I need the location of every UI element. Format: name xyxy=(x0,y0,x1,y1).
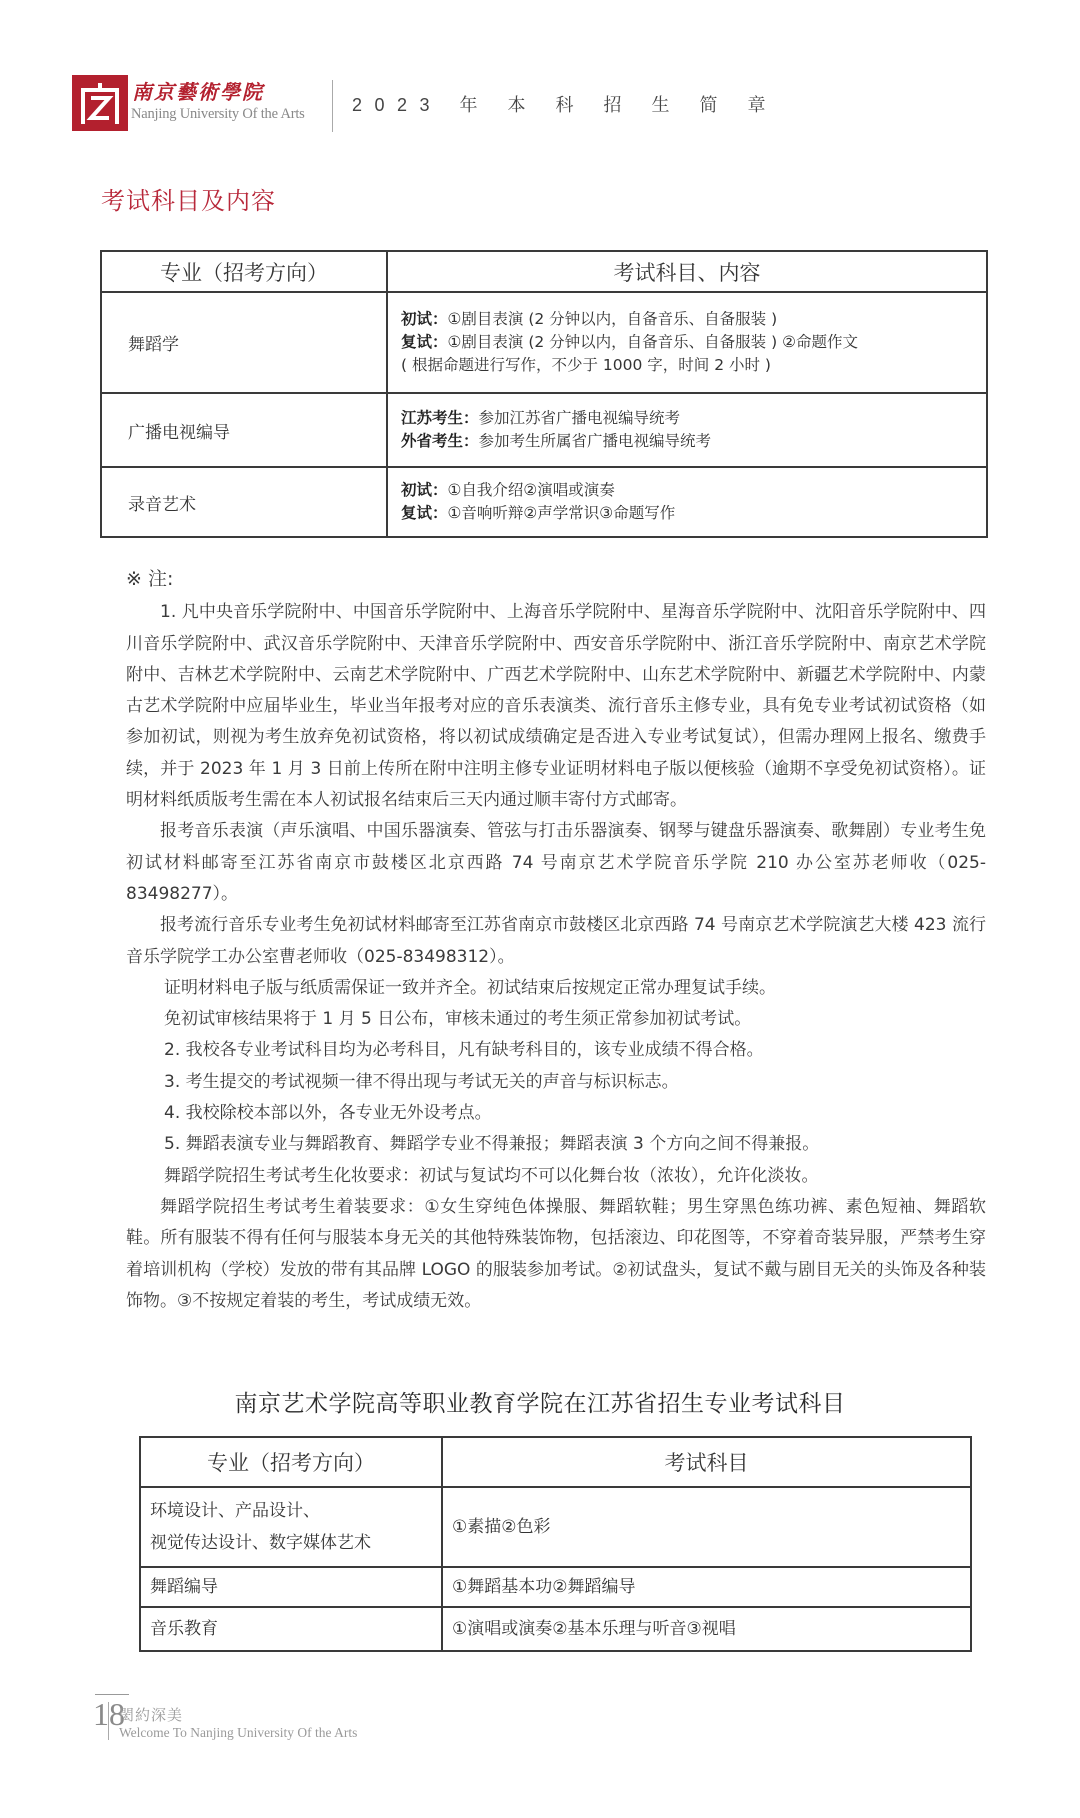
content-text: ①音响听辩②声学常识③命题写作 xyxy=(448,504,676,522)
table-row: 广播电视编导 江苏考生：参加江苏省广播电视编导统考 外省考生：参加考生所属省广播… xyxy=(101,393,987,467)
content-text: ( 根据命题进行写作，不少于 1000 字，时间 2 小时 ) xyxy=(401,356,771,374)
note-paragraph: 1. 凡中央音乐学院附中、中国音乐学院附中、上海音乐学院附中、星海音乐学院附中、… xyxy=(126,597,986,816)
table-row: 舞蹈编导 ①舞蹈基本功②舞蹈编导 xyxy=(140,1567,971,1607)
major-cell: 舞蹈编导 xyxy=(140,1567,442,1607)
content-text: 参加考生所属省广播电视编导统考 xyxy=(479,432,712,450)
logo-english-name: Nanjing University Of the Arts xyxy=(131,106,305,123)
content-cell: 初试：①剧目表演 (2 分钟以内，自备音乐、自备服装 ) 复试：①剧目表演 (2… xyxy=(387,292,987,393)
content-cell: 初试：①自我介绍②演唱或演奏 复试：①音响听辩②声学常识③命题写作 xyxy=(387,467,987,537)
content-line: 复试：①音响听辩②声学常识③命题写作 xyxy=(401,502,986,525)
footer-slogan-chinese: 閎約深美 xyxy=(119,1704,183,1725)
note-paragraph: 4. 我校除校本部以外，各专业无外设考点。 xyxy=(126,1098,986,1129)
notes-heading: ※ 注: xyxy=(126,564,986,595)
note-paragraph: 3. 考生提交的考试视频一律不得出现与考试无关的声音与标识标志。 xyxy=(126,1067,986,1098)
content-text: ①剧目表演 (2 分钟以内，自备音乐、自备服装 ) xyxy=(448,310,778,328)
table-row: 舞蹈学 初试：①剧目表演 (2 分钟以内，自备音乐、自备服装 ) 复试：①剧目表… xyxy=(101,292,987,393)
section-title: 考试科目及内容 xyxy=(101,181,276,216)
subjects-cell: ①演唱或演奏②基本乐理与听音③视唱 xyxy=(442,1607,971,1651)
major-cell: 音乐教育 xyxy=(140,1607,442,1651)
note-paragraph: 报考音乐表演（声乐演唱、中国乐器演奏、管弦与打击乐器演奏、钢琴与键盘乐器演奏、歌… xyxy=(126,816,986,910)
content-line: 江苏考生：参加江苏省广播电视编导统考 xyxy=(401,407,986,430)
content-text: ①剧目表演 (2 分钟以内，自备音乐、自备服装 ) ②命题作文 xyxy=(448,333,858,351)
table-row: 环境设计、产品设计、 视觉传达设计、数字媒体艺术 ①素描②色彩 xyxy=(140,1487,971,1567)
note-paragraph: 2. 我校各专业考试科目均为必考科目，凡有缺考科目的，该专业成绩不得合格。 xyxy=(126,1035,986,1066)
content-label: 外省考生： xyxy=(401,432,479,450)
major-cell: 环境设计、产品设计、 视觉传达设计、数字媒体艺术 xyxy=(140,1487,442,1567)
header-divider xyxy=(332,80,333,132)
vocational-table-title: 南京艺术学院高等职业教育学院在江苏省招生专业考试科目 xyxy=(0,1385,1080,1418)
content-label: 江苏考生： xyxy=(401,409,479,427)
footer-rule xyxy=(95,1694,129,1695)
note-paragraph: 舞蹈学院招生考试考生着装要求：①女生穿纯色体操服、舞蹈软鞋；男生穿黑色练功裤、素… xyxy=(126,1192,986,1317)
column-header-major: 专业（招考方向） xyxy=(140,1437,442,1487)
content-line: 外省考生：参加考生所属省广播电视编导统考 xyxy=(401,430,986,453)
content-cell: 江苏考生：参加江苏省广播电视编导统考 外省考生：参加考生所属省广播电视编导统考 xyxy=(387,393,987,467)
table-header-row: 专业（招考方向） 考试科目、内容 xyxy=(101,251,987,292)
major-cell: 录音艺术 xyxy=(101,467,387,537)
table-row: 音乐教育 ①演唱或演奏②基本乐理与听音③视唱 xyxy=(140,1607,971,1651)
note-paragraph: 舞蹈学院招生考试考生化妆要求：初试与复试均不可以化舞台妆（浓妆），允许化淡妆。 xyxy=(126,1161,986,1192)
university-logo-emblem xyxy=(72,75,128,131)
major-line: 视觉传达设计、数字媒体艺术 xyxy=(150,1527,441,1559)
footer-slogan-english: Welcome To Nanjing University Of the Art… xyxy=(119,1725,357,1741)
footer-divider xyxy=(108,1702,109,1740)
column-header-subjects: 考试科目 xyxy=(442,1437,971,1487)
content-label: 初试： xyxy=(401,481,448,499)
major-cell: 舞蹈学 xyxy=(101,292,387,393)
major-line: 环境设计、产品设计、 xyxy=(150,1495,441,1527)
notes-section: ※ 注: 1. 凡中央音乐学院附中、中国音乐学院附中、上海音乐学院附中、星海音乐… xyxy=(126,564,986,1317)
document-title: 2023 年 本 科 招 生 简 章 xyxy=(352,91,778,117)
column-header-content: 考试科目、内容 xyxy=(387,251,987,292)
note-paragraph: 报考流行音乐专业考生免初试材料邮寄至江苏省南京市鼓楼区北京西路 74 号南京艺术… xyxy=(126,910,986,973)
table-row: 录音艺术 初试：①自我介绍②演唱或演奏 复试：①音响听辩②声学常识③命题写作 xyxy=(101,467,987,537)
subjects-cell: ①舞蹈基本功②舞蹈编导 xyxy=(442,1567,971,1607)
exam-subjects-table: 专业（招考方向） 考试科目、内容 舞蹈学 初试：①剧目表演 (2 分钟以内，自备… xyxy=(100,250,988,538)
content-line: 复试：①剧目表演 (2 分钟以内，自备音乐、自备服装 ) ②命题作文 xyxy=(401,331,986,354)
content-line: 初试：①自我介绍②演唱或演奏 xyxy=(401,479,986,502)
content-label: 初试： xyxy=(401,310,448,328)
content-text: 参加江苏省广播电视编导统考 xyxy=(479,409,681,427)
note-paragraph: 免初试审核结果将于 1 月 5 日公布，审核未通过的考生须正常参加初试考试。 xyxy=(126,1004,986,1035)
logo-chinese-name: 南京藝術學院 xyxy=(132,76,264,105)
content-line: 初试：①剧目表演 (2 分钟以内，自备音乐、自备服装 ) xyxy=(401,308,986,331)
logo-emblem-icon xyxy=(77,80,123,126)
content-label: 复试： xyxy=(401,333,448,351)
note-paragraph: 证明材料电子版与纸质需保证一致并齐全。初试结束后按规定正常办理复试手续。 xyxy=(126,973,986,1004)
subjects-cell: ①素描②色彩 xyxy=(442,1487,971,1567)
major-cell: 广播电视编导 xyxy=(101,393,387,467)
vocational-exam-subjects-table: 专业（招考方向） 考试科目 环境设计、产品设计、 视觉传达设计、数字媒体艺术 ①… xyxy=(139,1436,972,1652)
table-header-row: 专业（招考方向） 考试科目 xyxy=(140,1437,971,1487)
content-label: 复试： xyxy=(401,504,448,522)
column-header-major: 专业（招考方向） xyxy=(101,251,387,292)
content-text: ①自我介绍②演唱或演奏 xyxy=(448,481,615,499)
note-paragraph: 5. 舞蹈表演专业与舞蹈教育、舞蹈学专业不得兼报；舞蹈表演 3 个方向之间不得兼… xyxy=(126,1129,986,1160)
content-line: ( 根据命题进行写作，不少于 1000 字，时间 2 小时 ) xyxy=(401,354,986,377)
